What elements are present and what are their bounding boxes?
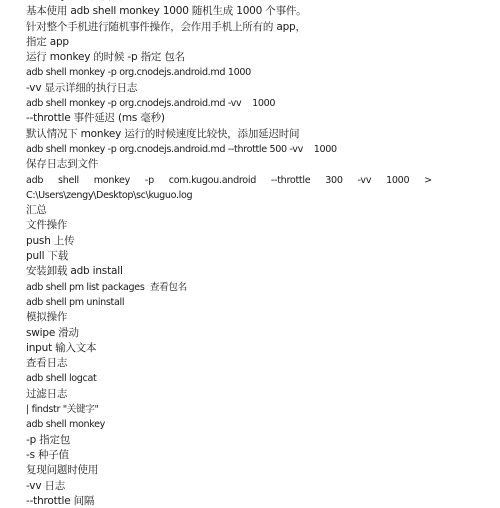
cmd-token: 1000: [386, 173, 409, 188]
cmd-token: >: [424, 173, 432, 188]
document-page: monkey 稳定性测试 基本使用 adb shell monkey 1000 …: [26, 0, 466, 508]
doc-command-line: adb shell monkey -p org.cnodejs.android.…: [26, 96, 466, 111]
doc-line: 指定 app: [26, 35, 466, 50]
doc-line: 默认情况下 monkey 运行的时候速度比较快，添加延迟时间: [26, 127, 466, 142]
doc-line: -vv 显示详细的执行日志: [26, 81, 466, 96]
doc-line: 复现问题时使用: [26, 463, 466, 478]
doc-line: 安装卸载 adb install: [26, 264, 466, 279]
doc-line: 运行 monkey 的时候 -p 指定 包名: [26, 50, 466, 65]
cmd-token: com.kugou.android: [169, 173, 256, 188]
doc-command-line: adb shell pm uninstall: [26, 295, 466, 310]
doc-command-line: adb shell pm list packages 查看包名: [26, 280, 466, 295]
doc-line: 模拟操作: [26, 310, 466, 325]
doc-line: -p 指定包: [26, 433, 466, 448]
cmd-token: shell: [58, 173, 79, 188]
cmd-token: adb: [26, 173, 43, 188]
doc-line: -s 种子值: [26, 448, 466, 463]
doc-command-line-justified: adb shell monkey -p com.kugou.android --…: [26, 173, 432, 188]
doc-command-line: adb shell logcat: [26, 371, 466, 386]
doc-path-line: C:\Users\zengy\Desktop\sc\kuguo.log: [26, 188, 466, 203]
doc-line: push 上传: [26, 234, 466, 249]
doc-line: 保存日志到文件: [26, 157, 466, 172]
cmd-token: -p: [145, 173, 154, 188]
cmd-token: --throttle: [271, 173, 310, 188]
cmd-token: monkey: [94, 173, 130, 188]
doc-line: 基本使用 adb shell monkey 1000 随机生成 1000 个事件…: [26, 4, 466, 19]
doc-command-line: adb shell monkey: [26, 417, 466, 432]
doc-line: -vv 日志: [26, 479, 466, 494]
doc-command-line: adb shell monkey -p org.cnodejs.android.…: [26, 65, 466, 80]
doc-line: swipe 滑动: [26, 326, 466, 341]
doc-line: 查看日志: [26, 356, 466, 371]
doc-line: 过滤日志: [26, 387, 466, 402]
doc-command-line: adb shell monkey -p org.cnodejs.android.…: [26, 142, 466, 157]
doc-line: pull 下载: [26, 249, 466, 264]
doc-line: input 输入文本: [26, 341, 466, 356]
cmd-token: -vv: [358, 173, 372, 188]
doc-line: --throttle 间隔: [26, 494, 466, 508]
doc-line: 文件操作: [26, 218, 466, 233]
doc-line: 针对整个手机进行随机事件操作，会作用手机上所有的 app，: [26, 20, 466, 35]
doc-line: --throttle 事件延迟 (ms 毫秒): [26, 111, 466, 126]
doc-section-heading: 汇总: [26, 203, 466, 218]
doc-command-line: | findstr "关键字": [26, 402, 466, 417]
cmd-token: 300: [325, 173, 342, 188]
